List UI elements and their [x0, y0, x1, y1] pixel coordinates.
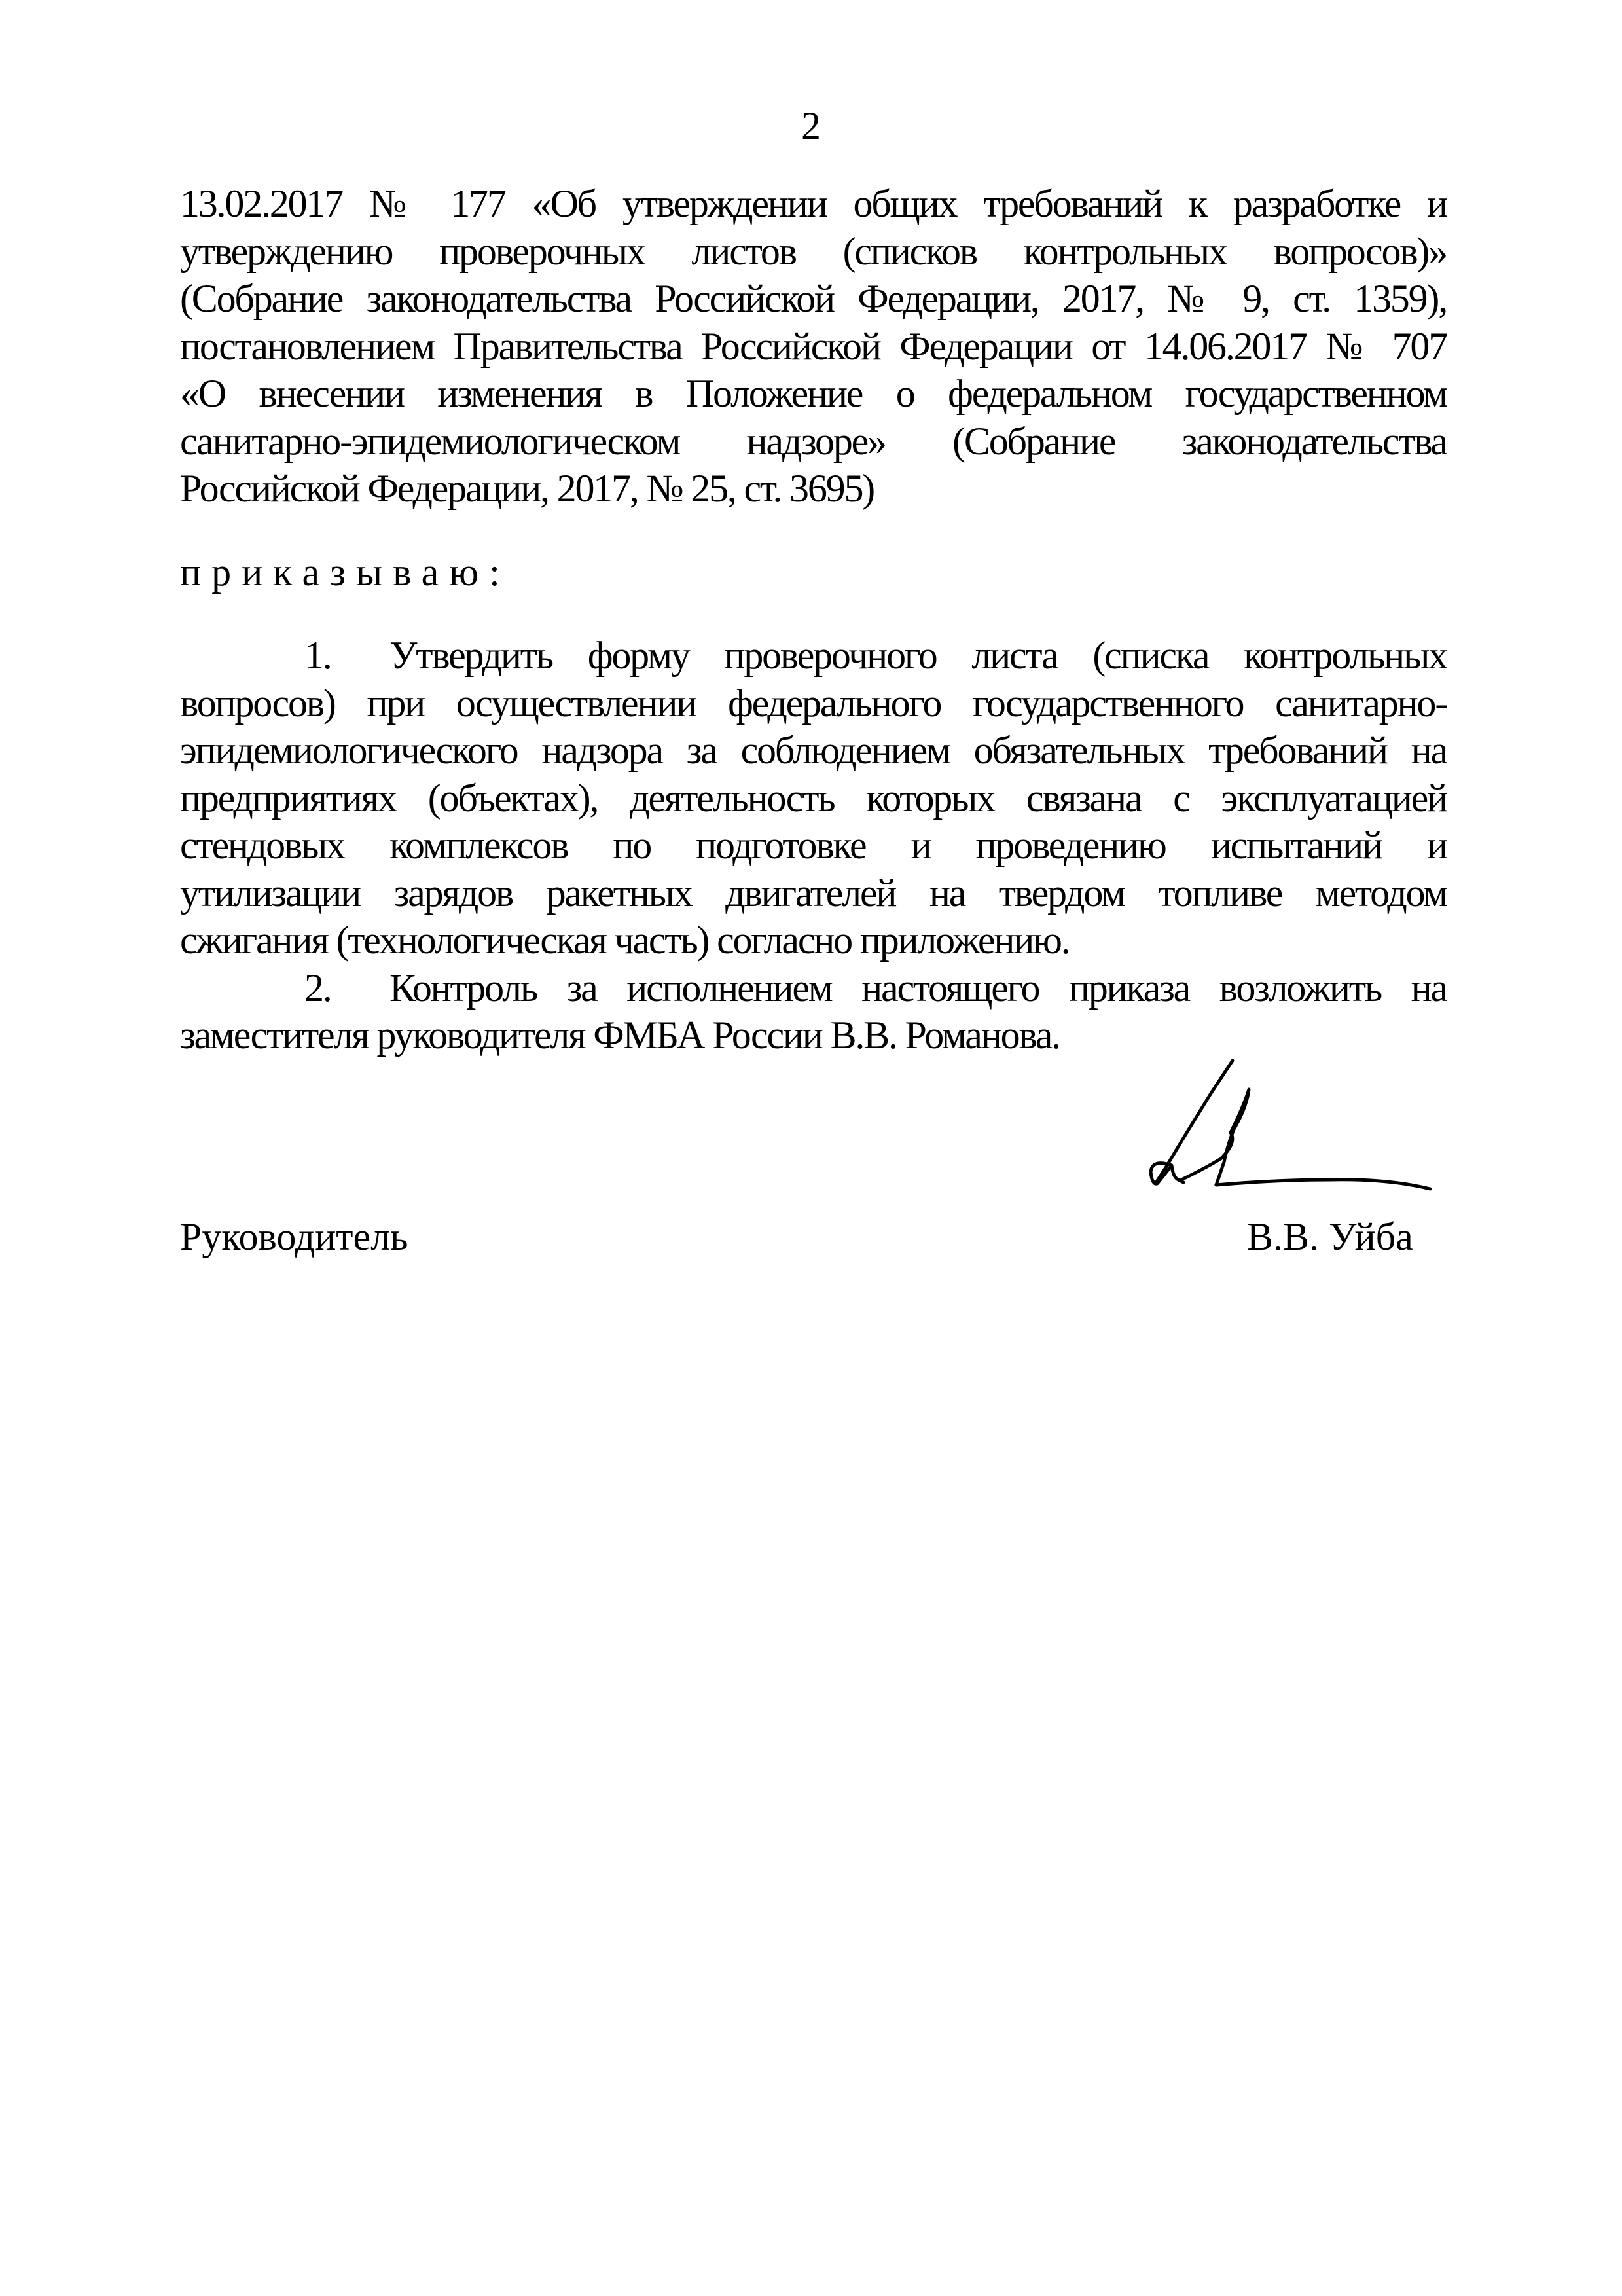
item-line: вопросов) при осуществлении федерального…	[180, 680, 1447, 727]
item-2-first-line: 2. Контроль за исполнением настоящего пр…	[180, 964, 1447, 1012]
intro-line: 13.02.2017 № 177 «Об утверждении общих т…	[180, 180, 1447, 228]
item-1-first-line: 1. Утвердить форму проверочного листа (с…	[180, 632, 1447, 680]
intro-paragraph: 13.02.2017 № 177 «Об утверждении общих т…	[180, 180, 1447, 513]
item-text: Контроль за исполнением настоящего прика…	[389, 964, 1447, 1012]
item-line: эпидемиологического надзора за соблюдени…	[180, 727, 1447, 774]
item-line: утилизации зарядов ракетных двигателей н…	[180, 869, 1447, 917]
item-line: предприятиях (объектах), деятельность ко…	[180, 774, 1447, 822]
item-number: 1.	[304, 632, 389, 680]
item-line: сжигания (технологическая часть) согласн…	[180, 917, 1447, 964]
intro-line: санитарно-эпидемиологическом надзоре» (С…	[180, 418, 1447, 465]
intro-line: (Собрание законодательства Российской Фе…	[180, 275, 1447, 323]
signatory-position: Руководитель	[180, 1214, 408, 1260]
item-number: 2.	[304, 964, 389, 1012]
intro-line: постановлением Правительства Российской …	[180, 323, 1447, 371]
order-word: приказываю:	[180, 550, 511, 595]
intro-line: «О внесении изменения в Положение о феде…	[180, 370, 1447, 418]
handwritten-signature	[1113, 1034, 1571, 1218]
signatory-name: В.В. Уйба	[1247, 1214, 1413, 1260]
item-line: стендовых комплексов по подготовке и про…	[180, 822, 1447, 869]
order-items: 1. Утвердить форму проверочного листа (с…	[180, 632, 1447, 1059]
item-text: Утвердить форму проверочного листа (спис…	[389, 632, 1447, 680]
page-number: 2	[0, 103, 1622, 149]
intro-line: Российской Федерации, 2017, № 25, ст. 36…	[180, 465, 1447, 513]
intro-line: утверждению проверочных листов (списков …	[180, 228, 1447, 276]
